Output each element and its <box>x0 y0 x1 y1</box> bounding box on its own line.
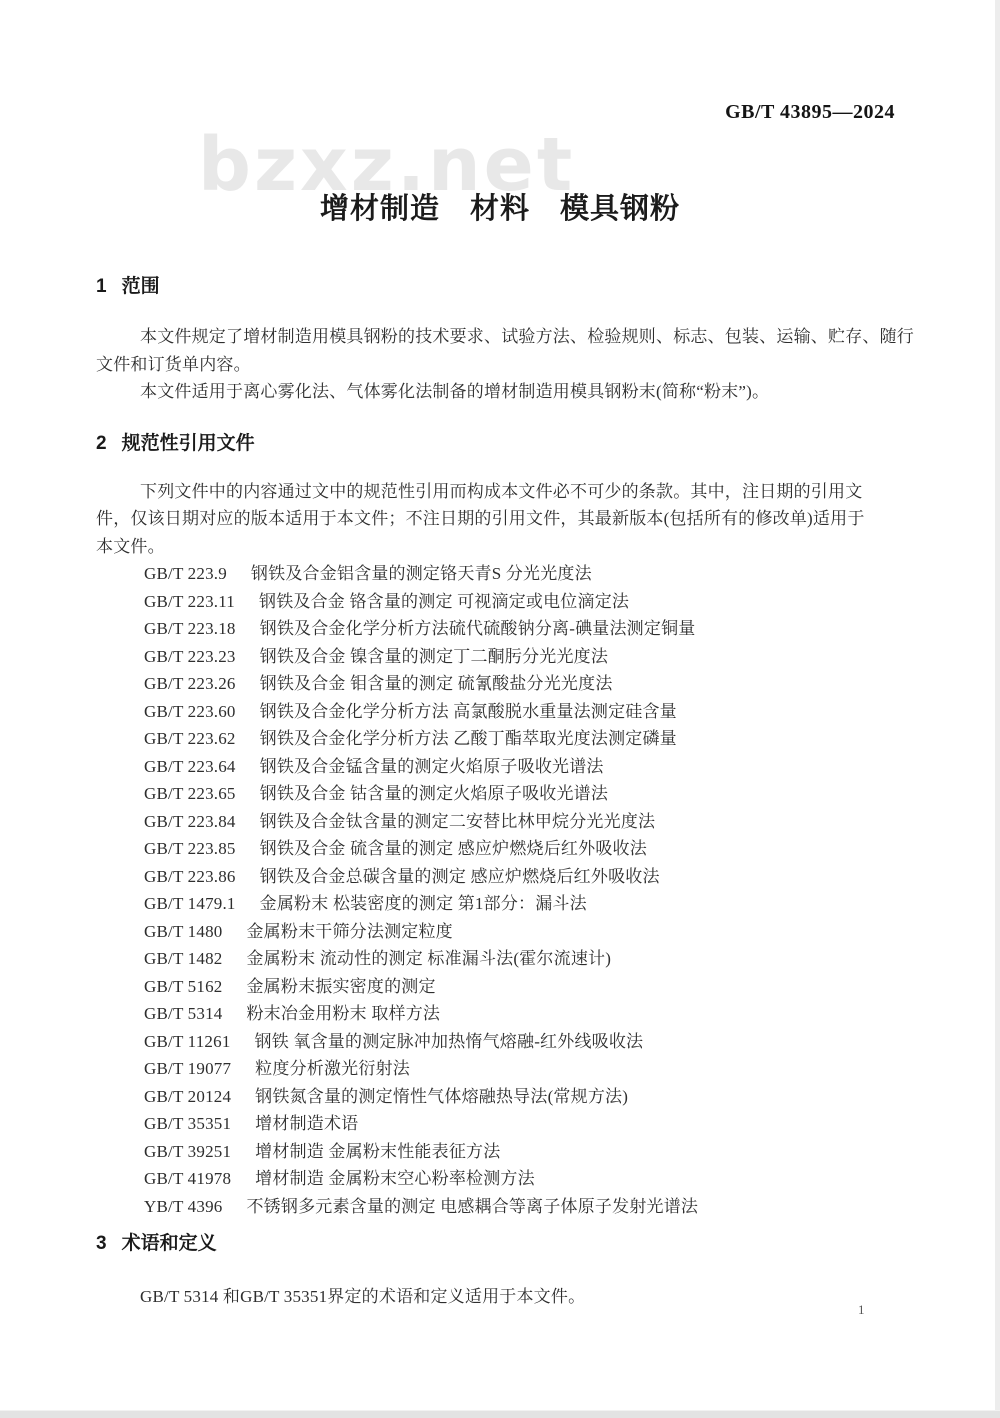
reference-code: GB/T 223.62 <box>144 725 236 753</box>
reference-code: GB/T 19077 <box>144 1055 231 1083</box>
reference-item: GB/T 223.26钢铁及合金 钼含量的测定 硫氰酸盐分光光度法 <box>144 670 908 698</box>
reference-code: GB/T 5314 <box>144 1000 222 1028</box>
text-line: 本文件适用于离心雾化法、气体雾化法制备的增材制造用模具钢粉末(简称“粉末”)。 <box>96 378 908 406</box>
reference-item: GB/T 20124钢铁氮含量的测定惰性气体熔融热导法(常规方法) <box>144 1083 908 1111</box>
paragraph-terms: GB/T 5314 和GB/T 35351界定的术语和定义适用于本文件。 <box>96 1283 908 1311</box>
reference-item: GB/T 5162金属粉末振实密度的测定 <box>144 973 908 1001</box>
reference-code: GB/T 20124 <box>144 1083 231 1111</box>
reference-title: 增材制造 金属粉末性能表征方法 <box>255 1138 500 1166</box>
reference-code: YB/T 4396 <box>144 1193 222 1221</box>
reference-title: 钢铁及合金 钼含量的测定 硫氰酸盐分光光度法 <box>260 670 613 698</box>
reference-code: GB/T 223.18 <box>144 615 236 643</box>
reference-code: GB/T 223.86 <box>144 863 236 891</box>
reference-code: GB/T 1480 <box>144 918 222 946</box>
reference-title: 钢铁 氧含量的测定脉冲加热惰气熔融-红外线吸收法 <box>255 1028 644 1056</box>
text-line: 下列文件中的内容通过文中的规范性引用而构成本文件必不可少的条款。其中，注日期的引… <box>96 478 908 506</box>
reference-code: GB/T 39251 <box>144 1138 231 1166</box>
reference-title: 增材制造术语 <box>255 1110 358 1138</box>
reference-item: GB/T 223.84钢铁及合金钛含量的测定二安替比林甲烷分光光度法 <box>144 808 908 836</box>
reference-item: GB/T 223.9钢铁及合金铝含量的测定铬天青S 分光光度法 <box>144 560 908 588</box>
reference-item: GB/T 11261钢铁 氧含量的测定脉冲加热惰气熔融-红外线吸收法 <box>144 1028 908 1056</box>
reference-code: GB/T 223.26 <box>144 670 236 698</box>
reference-code: GB/T 1479.1 <box>144 890 236 918</box>
reference-item: GB/T 1482金属粉末 流动性的测定 标准漏斗法(霍尔流速计) <box>144 945 908 973</box>
text-line: 本文件。 <box>96 533 908 561</box>
reference-title: 钢铁及合金 镍含量的测定丁二酮肟分光光度法 <box>260 643 608 671</box>
reference-code: GB/T 1482 <box>144 945 222 973</box>
reference-code: GB/T 5162 <box>144 973 222 1001</box>
reference-title: 钢铁及合金化学分析方法 乙酸丁酯萃取光度法测定磷量 <box>260 725 677 753</box>
reference-code: GB/T 223.65 <box>144 780 236 808</box>
reference-title: 钢铁及合金钛含量的测定二安替比林甲烷分光光度法 <box>260 808 656 836</box>
reference-item: GB/T 1480金属粉末干筛分法测定粒度 <box>144 918 908 946</box>
reference-item: GB/T 223.62钢铁及合金化学分析方法 乙酸丁酯萃取光度法测定磷量 <box>144 725 908 753</box>
reference-item: GB/T 39251增材制造 金属粉末性能表征方法 <box>144 1138 908 1166</box>
section-label: 范围 <box>122 274 160 300</box>
reference-title: 金属粉末振实密度的测定 <box>246 973 435 1001</box>
reference-code: GB/T 41978 <box>144 1165 231 1193</box>
reference-code: GB/T 223.60 <box>144 698 236 726</box>
reference-item: GB/T 5314粉末冶金用粉末 取样方法 <box>144 1000 908 1028</box>
paragraph-references-intro: 下列文件中的内容通过文中的规范性引用而构成本文件必不可少的条款。其中，注日期的引… <box>96 478 908 561</box>
reference-title: 粉末冶金用粉末 取样方法 <box>246 1000 440 1028</box>
document-body: 1范围 本文件规定了增材制造用模具钢粉的技术要求、试验方法、检验规则、标志、包装… <box>96 270 908 1311</box>
section-number: 2 <box>96 431 107 457</box>
reference-code: GB/T 223.11 <box>144 588 235 616</box>
page-edge-bottom <box>0 1410 1000 1418</box>
reference-title: 金属粉末干筛分法测定粒度 <box>246 918 452 946</box>
reference-title: 金属粉末 流动性的测定 标准漏斗法(霍尔流速计) <box>246 945 611 973</box>
reference-code: GB/T 223.85 <box>144 835 236 863</box>
reference-item: GB/T 223.85钢铁及合金 硫含量的测定 感应炉燃烧后红外吸收法 <box>144 835 908 863</box>
text-line: GB/T 5314 和GB/T 35351界定的术语和定义适用于本文件。 <box>96 1283 908 1311</box>
section-heading-scope: 1范围 <box>96 274 908 300</box>
standard-number: GB/T 43895—2024 <box>725 101 895 124</box>
reference-item: GB/T 223.18钢铁及合金化学分析方法硫代硫酸钠分离-碘量法测定铜量 <box>144 615 908 643</box>
reference-title: 钢铁及合金铝含量的测定铬天青S 分光光度法 <box>251 560 592 588</box>
reference-title: 钢铁及合金锰含量的测定火焰原子吸收光谱法 <box>260 753 604 781</box>
reference-item: GB/T 223.65钢铁及合金 钴含量的测定火焰原子吸收光谱法 <box>144 780 908 808</box>
text-line: 件，仅该日期对应的版本适用于本文件；不注日期的引用文件，其最新版本(包括所有的修… <box>96 505 908 533</box>
reference-title: 钢铁及合金化学分析方法硫代硫酸钠分离-碘量法测定铜量 <box>260 615 696 643</box>
reference-title: 钢铁及合金总碳含量的测定 感应炉燃烧后红外吸收法 <box>260 863 660 891</box>
reference-code: GB/T 223.23 <box>144 643 236 671</box>
reference-title: 粒度分析激光衍射法 <box>255 1055 410 1083</box>
text-line: 本文件规定了增材制造用模具钢粉的技术要求、试验方法、检验规则、标志、包装、运输、… <box>96 323 908 351</box>
reference-item: GB/T 223.86钢铁及合金总碳含量的测定 感应炉燃烧后红外吸收法 <box>144 863 908 891</box>
reference-item: GB/T 35351增材制造术语 <box>144 1110 908 1138</box>
reference-code: GB/T 11261 <box>144 1028 231 1056</box>
reference-title: 钢铁及合金 钴含量的测定火焰原子吸收光谱法 <box>260 780 608 808</box>
paragraph-scope-2: 本文件适用于离心雾化法、气体雾化法制备的增材制造用模具钢粉末(简称“粉末”)。 <box>96 378 908 406</box>
document-page: bzxz.net GB/T 43895—2024 增材制造 材料 模具钢粉 1范… <box>0 0 1000 1418</box>
section-number: 1 <box>96 274 107 300</box>
reference-item: GB/T 1479.1金属粉末 松装密度的测定 第1部分：漏斗法 <box>144 890 908 918</box>
reference-code: GB/T 223.64 <box>144 753 236 781</box>
references-list: GB/T 223.9钢铁及合金铝含量的测定铬天青S 分光光度法GB/T 223.… <box>96 560 908 1220</box>
reference-item: GB/T 223.11钢铁及合金 铬含量的测定 可视滴定或电位滴定法 <box>144 588 908 616</box>
section-label: 术语和定义 <box>122 1231 217 1257</box>
section-heading-normative-references: 2规范性引用文件 <box>96 431 908 457</box>
reference-item: GB/T 223.23钢铁及合金 镍含量的测定丁二酮肟分光光度法 <box>144 643 908 671</box>
section-label: 规范性引用文件 <box>122 431 255 457</box>
reference-item: GB/T 19077粒度分析激光衍射法 <box>144 1055 908 1083</box>
section-number: 3 <box>96 1231 107 1257</box>
reference-item: GB/T 223.64钢铁及合金锰含量的测定火焰原子吸收光谱法 <box>144 753 908 781</box>
page-edge-right <box>995 0 1000 1418</box>
page-number: 1 <box>858 1302 865 1318</box>
reference-title: 金属粉末 松装密度的测定 第1部分：漏斗法 <box>260 890 587 918</box>
reference-title: 钢铁及合金化学分析方法 高氯酸脱水重量法测定硅含量 <box>260 698 677 726</box>
reference-title: 钢铁及合金 硫含量的测定 感应炉燃烧后红外吸收法 <box>260 835 647 863</box>
reference-item: YB/T 4396不锈钢多元素含量的测定 电感耦合等离子体原子发射光谱法 <box>144 1193 908 1221</box>
reference-code: GB/T 35351 <box>144 1110 231 1138</box>
reference-title: 不锈钢多元素含量的测定 电感耦合等离子体原子发射光谱法 <box>246 1193 698 1221</box>
reference-item: GB/T 223.60钢铁及合金化学分析方法 高氯酸脱水重量法测定硅含量 <box>144 698 908 726</box>
reference-code: GB/T 223.9 <box>144 560 227 588</box>
reference-code: GB/T 223.84 <box>144 808 236 836</box>
text-line: 文件和订货单内容。 <box>96 351 908 379</box>
document-title: 增材制造 材料 模具钢粉 <box>0 186 1000 227</box>
reference-item: GB/T 41978增材制造 金属粉末空心粉率检测方法 <box>144 1165 908 1193</box>
paragraph-scope-1: 本文件规定了增材制造用模具钢粉的技术要求、试验方法、检验规则、标志、包装、运输、… <box>96 323 908 378</box>
reference-title: 钢铁氮含量的测定惰性气体熔融热导法(常规方法) <box>255 1083 628 1111</box>
section-heading-terms-definitions: 3术语和定义 <box>96 1231 908 1257</box>
reference-title: 钢铁及合金 铬含量的测定 可视滴定或电位滴定法 <box>259 588 629 616</box>
reference-title: 增材制造 金属粉末空心粉率检测方法 <box>255 1165 535 1193</box>
